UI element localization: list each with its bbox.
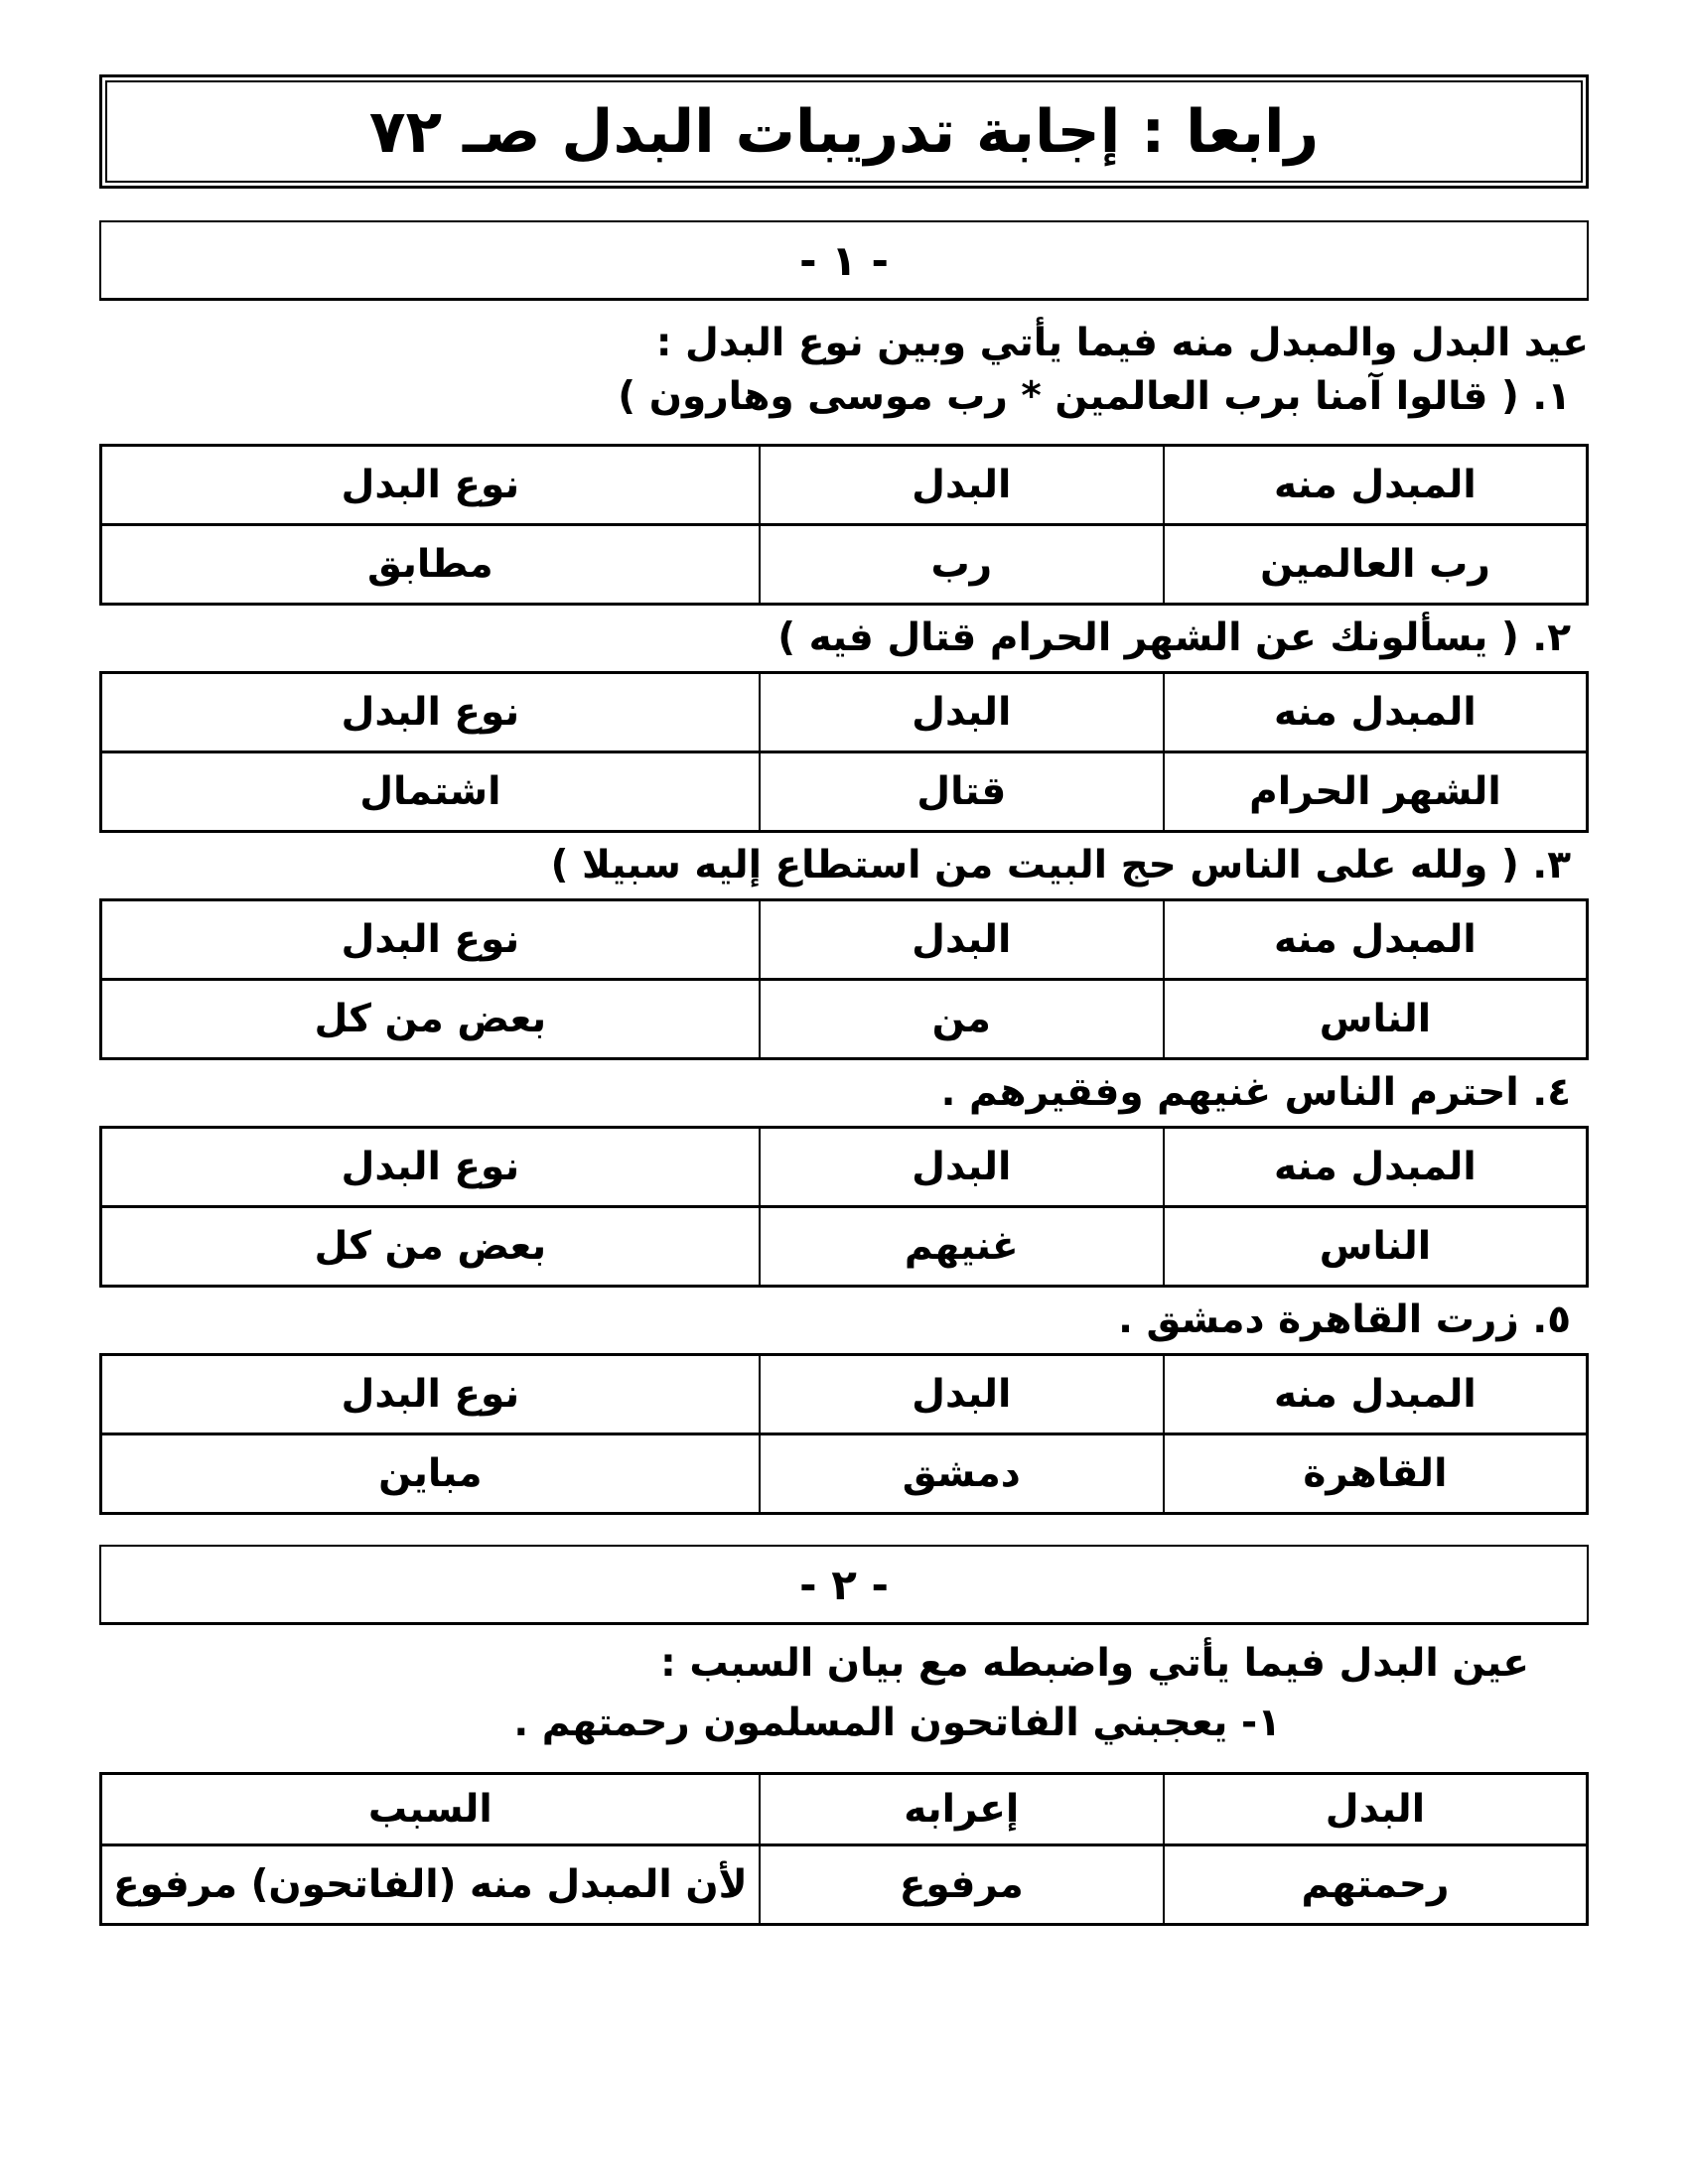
document-title: رابعا : إجابة تدريبات البدل صـ ٧٢ <box>369 102 1319 162</box>
value-cell-badal: غنيهم <box>760 1207 1164 1287</box>
value-cell-type: مباين <box>101 1434 760 1514</box>
answer-table-4: المبدل منه البدل نوع البدل الناس غنيهم ب… <box>99 1126 1589 1288</box>
value-cell-mubdal-minhu: الناس <box>1164 980 1588 1059</box>
value-cell-irab: مرفوع <box>760 1845 1164 1925</box>
table-row: الناس من بعض من كل <box>101 980 1588 1059</box>
header-cell-mubdal-minhu: المبدل منه <box>1164 446 1588 525</box>
value-cell-type: مطابق <box>101 525 760 605</box>
section1-number: - ١ - <box>799 236 889 285</box>
answer-table-1: المبدل منه البدل نوع البدل رب العالمين ر… <box>99 444 1589 606</box>
table-row: رحمتهم مرفوع لأن المبدل منه (الفاتحون) م… <box>101 1845 1588 1925</box>
value-cell-mubdal-minhu: الناس <box>1164 1207 1588 1287</box>
worksheet-content: رابعا : إجابة تدريبات البدل صـ ٧٢ - ١ - … <box>99 74 1589 1926</box>
table-row: الشهر الحرام قتال اشتمال <box>101 752 1588 832</box>
section2-exercise-item-1: ١- يعجبني الفاتحون المسلمون رحمتهم . <box>99 1701 1589 1746</box>
header-cell-type: نوع البدل <box>101 1128 760 1207</box>
header-cell-type: نوع البدل <box>101 1355 760 1434</box>
value-cell-type: بعض من كل <box>101 980 760 1059</box>
answer-table-6: البدل إعرابه السبب رحمتهم مرفوع لأن المب… <box>99 1772 1589 1926</box>
table-header-row: المبدل منه البدل نوع البدل <box>101 900 1588 980</box>
table-row: الناس غنيهم بعض من كل <box>101 1207 1588 1287</box>
header-cell-badal: البدل <box>760 1128 1164 1207</box>
header-cell-irab: إعرابه <box>760 1774 1164 1845</box>
value-cell-type: بعض من كل <box>101 1207 760 1287</box>
header-cell-badal: البدل <box>760 446 1164 525</box>
section2-number: - ٢ - <box>799 1561 889 1609</box>
section2-instruction: عين البدل فيما يأتي واضبطه مع بيان السبب… <box>99 1641 1589 1687</box>
value-cell-mubdal-minhu: رب العالمين <box>1164 525 1588 605</box>
section1-number-box: - ١ - <box>99 220 1589 301</box>
table-row: رب العالمين رب مطابق <box>101 525 1588 605</box>
value-cell-type: اشتمال <box>101 752 760 832</box>
header-cell-mubdal-minhu: المبدل منه <box>1164 673 1588 752</box>
header-cell-type: نوع البدل <box>101 673 760 752</box>
table-header-row: البدل إعرابه السبب <box>101 1774 1588 1845</box>
section2-number-box: - ٢ - <box>99 1545 1589 1625</box>
answer-table-3: المبدل منه البدل نوع البدل الناس من بعض … <box>99 898 1589 1060</box>
worksheet-page: رابعا : إجابة تدريبات البدل صـ ٧٢ - ١ - … <box>0 0 1688 2184</box>
answer-table-2: المبدل منه البدل نوع البدل الشهر الحرام … <box>99 671 1589 833</box>
section1-instruction: عيد البدل والمبدل منه فيما يأتي وبين نوع… <box>99 321 1589 366</box>
exercise-item-1: ١. ( قالوا آمنا برب العالمين * رب موسى و… <box>99 374 1589 420</box>
exercise-item-4: ٤. احترم الناس غنيهم وفقيرهم . <box>99 1070 1589 1116</box>
value-cell-badal: رب <box>760 525 1164 605</box>
header-cell-type: نوع البدل <box>101 446 760 525</box>
value-cell-badal: دمشق <box>760 1434 1164 1514</box>
header-cell-badal: البدل <box>760 900 1164 980</box>
table-header-row: المبدل منه البدل نوع البدل <box>101 673 1588 752</box>
value-cell-badal: قتال <box>760 752 1164 832</box>
header-cell-reason: السبب <box>101 1774 760 1845</box>
header-cell-badal: البدل <box>760 673 1164 752</box>
answer-table-5: المبدل منه البدل نوع البدل القاهرة دمشق … <box>99 1353 1589 1515</box>
header-cell-mubdal-minhu: المبدل منه <box>1164 1355 1588 1434</box>
header-cell-mubdal-minhu: المبدل منه <box>1164 900 1588 980</box>
value-cell-reason: لأن المبدل منه (الفاتحون) مرفوع <box>101 1845 760 1925</box>
header-cell-type: نوع البدل <box>101 900 760 980</box>
value-cell-mubdal-minhu: القاهرة <box>1164 1434 1588 1514</box>
exercise-item-3: ٣. ( ولله على الناس حج البيت من استطاع إ… <box>99 843 1589 888</box>
table-header-row: المبدل منه البدل نوع البدل <box>101 446 1588 525</box>
header-cell-badal: البدل <box>1164 1774 1588 1845</box>
table-header-row: المبدل منه البدل نوع البدل <box>101 1355 1588 1434</box>
header-cell-badal: البدل <box>760 1355 1164 1434</box>
table-header-row: المبدل منه البدل نوع البدل <box>101 1128 1588 1207</box>
value-cell-badal: من <box>760 980 1164 1059</box>
value-cell-badal: رحمتهم <box>1164 1845 1588 1925</box>
title-box: رابعا : إجابة تدريبات البدل صـ ٧٢ <box>99 74 1589 189</box>
exercise-item-2: ٢. ( يسألونك عن الشهر الحرام قتال فيه ) <box>99 615 1589 661</box>
title-box-inner: رابعا : إجابة تدريبات البدل صـ ٧٢ <box>105 80 1583 183</box>
value-cell-mubdal-minhu: الشهر الحرام <box>1164 752 1588 832</box>
header-cell-mubdal-minhu: المبدل منه <box>1164 1128 1588 1207</box>
table-row: القاهرة دمشق مباين <box>101 1434 1588 1514</box>
exercise-item-5: ٥. زرت القاهرة دمشق . <box>99 1297 1589 1343</box>
